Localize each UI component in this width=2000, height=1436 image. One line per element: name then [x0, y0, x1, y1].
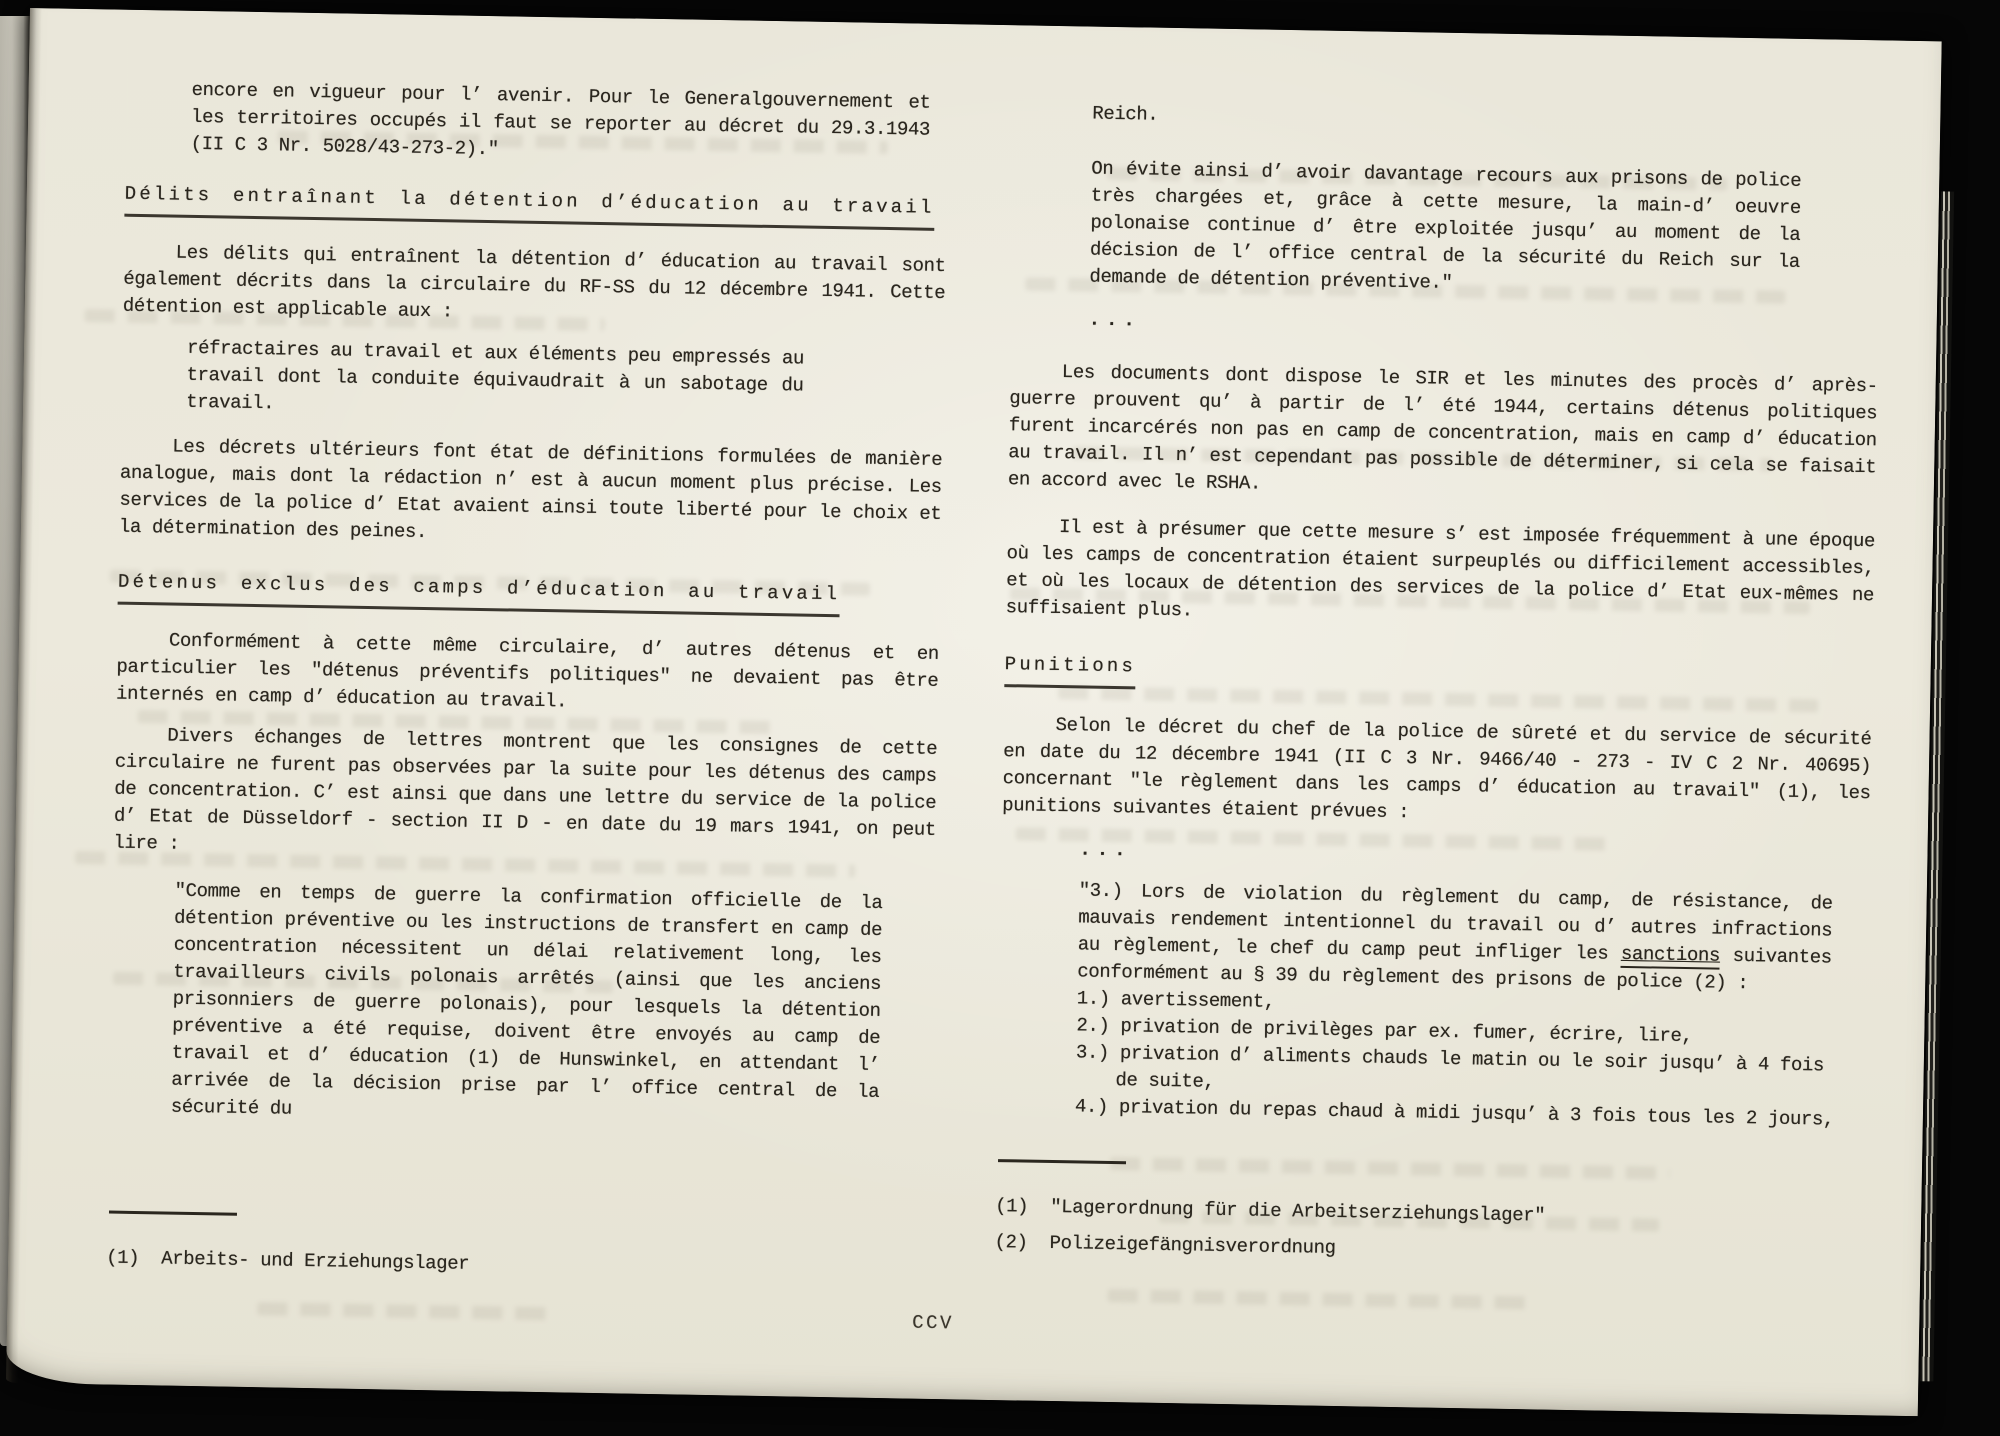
section-heading-detenus-wrap: Détenus exclus des camps d’éducation au …	[118, 569, 941, 619]
document-page: encore en vigueur pour l’ avenir. Pour l…	[6, 8, 1942, 1416]
paragraph: Conformément à cette même circulaire, d’…	[116, 627, 939, 722]
photo-background: encore en vigueur pour l’ avenir. Pour l…	[0, 0, 2000, 1436]
page-number: CCV	[912, 1312, 954, 1335]
quoted-regulation: "3.) Lors de violation du règlement du c…	[999, 876, 1869, 999]
paragraph: Il est à présumer que cette mesure s’ es…	[1005, 513, 1875, 636]
quote-continuation-top: encore en vigueur pour l’ avenir. Pour l…	[125, 76, 948, 171]
footnote-rule	[109, 1211, 237, 1216]
paragraph: Les documents dont dispose le SIR et les…	[1008, 358, 1878, 508]
footnote-rule	[998, 1159, 1126, 1164]
footnote: (1) Arbeits- und Erziehungslager	[106, 1240, 867, 1289]
section-heading-punitions-wrap: Punitions	[1004, 651, 1872, 702]
section-heading-delits-wrap: Délits entraînant la détention d’éducati…	[124, 181, 947, 231]
ellipsis-marker: ...	[1010, 305, 1878, 347]
paragraph: Selon le décret du chef de la police de …	[1002, 711, 1872, 834]
book-page-edge-right	[1920, 191, 1954, 1381]
indented-definition: réfractaires au travail et aux éléments …	[121, 334, 944, 429]
paragraph: Divers échanges de lettres montrent que …	[113, 722, 937, 871]
quoted-letter-continued: On évite ainsi d’ avoir davantage recour…	[1011, 154, 1881, 304]
right-column: Reich. On évite ainsi d’ avoir davantage…	[992, 99, 1882, 1404]
paragraph: Les délits qui entraînent la détention d…	[123, 239, 946, 334]
footnote-block-right: (1) "Lagerordnung für die Arbeitserziehu…	[994, 1159, 1756, 1273]
section-heading-punitions: Punitions	[1004, 651, 1136, 689]
left-column: encore en vigueur pour l’ avenir. Pour l…	[104, 76, 948, 1380]
quote-continuation-word: Reich.	[1014, 99, 1882, 141]
footnote-block-left: (1) Arbeits- und Erziehungslager	[106, 1211, 867, 1289]
underlined-word-sanctions: sanctions	[1621, 943, 1720, 970]
section-heading-detenus: Détenus exclus des camps d’éducation au …	[118, 569, 841, 618]
paragraph: Les décrets ultérieurs font état de défi…	[119, 433, 943, 555]
quoted-letter: "Comme en temps de guerre la confirmatio…	[109, 877, 935, 1134]
ellipsis-marker: ...	[1001, 835, 1869, 877]
section-heading-delits: Délits entraînant la détention d’éducati…	[124, 181, 934, 231]
